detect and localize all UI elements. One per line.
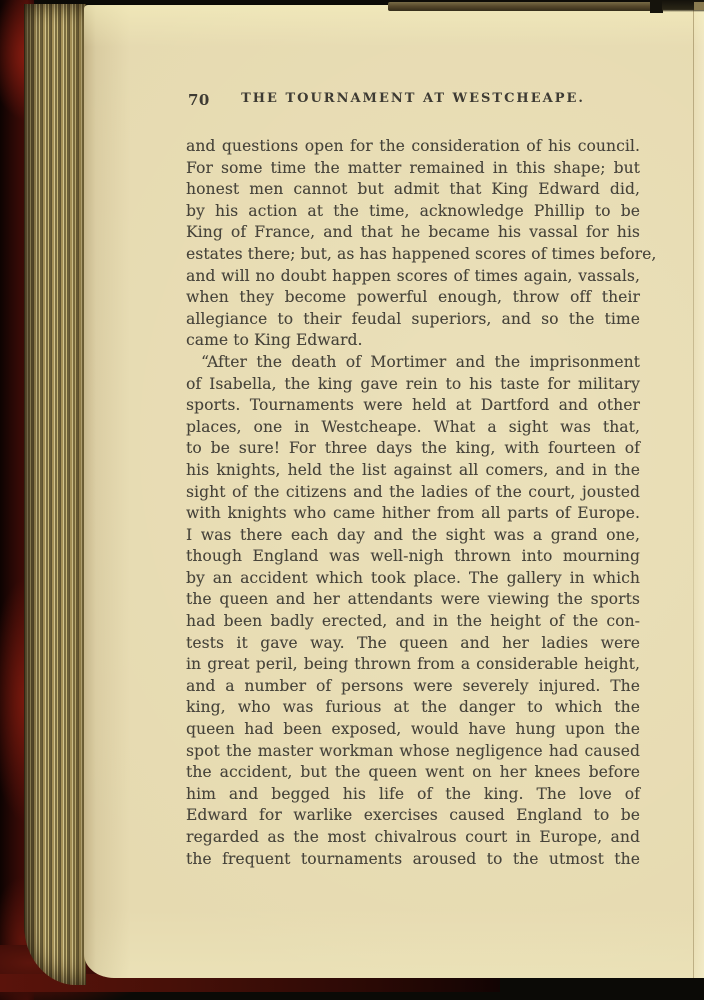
text-line: sight of the citizens and the ladies of … bbox=[186, 482, 640, 504]
text-line: Edward for warlike exercises caused Engl… bbox=[186, 805, 640, 827]
page-header: 70 THE TOURNAMENT AT WESTCHEAPE. bbox=[186, 91, 640, 113]
adjacent-page-edge-sliver bbox=[694, 2, 704, 10]
text-line: spot the master workman whose negligence… bbox=[186, 741, 640, 763]
page-right-edge-seam bbox=[693, 5, 694, 978]
text-line: when they become powerful enough, throw … bbox=[186, 287, 640, 309]
running-title: THE TOURNAMENT AT WESTCHEAPE. bbox=[186, 91, 640, 106]
text-line: came to King Edward. bbox=[186, 330, 640, 352]
text-line: of Isabella, the king gave rein to his t… bbox=[186, 374, 640, 396]
text-line: and questions open for the consideration… bbox=[186, 136, 640, 158]
page-text: and questions open for the consideration… bbox=[186, 136, 640, 870]
text-line: by an accident which took place. The gal… bbox=[186, 568, 640, 590]
text-line: estates there; but, as has happened scor… bbox=[186, 244, 640, 266]
text-line: “After the death of Mortimer and the imp… bbox=[186, 352, 640, 374]
text-line: the queen and her attendants were viewin… bbox=[186, 589, 640, 611]
text-line: and a number of persons were severely in… bbox=[186, 676, 640, 698]
text-line: to be sure! For three days the king, wit… bbox=[186, 438, 640, 460]
text-line: with knights who came hither from all pa… bbox=[186, 503, 640, 525]
page-content: 70 THE TOURNAMENT AT WESTCHEAPE. and que… bbox=[186, 91, 640, 870]
page-number: 70 bbox=[188, 91, 210, 109]
text-line: places, one in Westcheape. What a sight … bbox=[186, 417, 640, 439]
text-line: him and begged his life of the king. The… bbox=[186, 784, 640, 806]
text-line: though England was well-nigh thrown into… bbox=[186, 546, 640, 568]
page-edge-stack bbox=[24, 4, 86, 985]
text-line: King of France, and that he became his v… bbox=[186, 222, 640, 244]
text-line: allegiance to their feudal superiors, an… bbox=[186, 309, 640, 331]
text-line: For some time the matter remained in thi… bbox=[186, 158, 640, 180]
text-line: had been badly erected, and in the heigh… bbox=[186, 611, 640, 633]
text-line: the frequent tournaments aroused to the … bbox=[186, 849, 640, 871]
text-line: tests it gave way. The queen and her lad… bbox=[186, 633, 640, 655]
book-page: 70 THE TOURNAMENT AT WESTCHEAPE. and que… bbox=[84, 5, 704, 978]
text-line: honest men cannot but admit that King Ed… bbox=[186, 179, 640, 201]
text-line: regarded as the most chivalrous court in… bbox=[186, 827, 640, 849]
text-line: the accident, but the queen went on her … bbox=[186, 762, 640, 784]
text-line: queen had been exposed, would have hung … bbox=[186, 719, 640, 741]
text-line: by his action at the time, acknowledge P… bbox=[186, 201, 640, 223]
adjacent-page-edge bbox=[388, 2, 660, 11]
book-scan: 70 THE TOURNAMENT AT WESTCHEAPE. and que… bbox=[0, 0, 704, 1000]
text-line: king, who was furious at the danger to w… bbox=[186, 697, 640, 719]
text-line: sports. Tournaments were held at Dartfor… bbox=[186, 395, 640, 417]
text-line: in great peril, being thrown from a cons… bbox=[186, 654, 640, 676]
text-line: and will no doubt happen scores of times… bbox=[186, 266, 640, 288]
text-line: his knights, held the list against all c… bbox=[186, 460, 640, 482]
text-line: I was there each day and the sight was a… bbox=[186, 525, 640, 547]
